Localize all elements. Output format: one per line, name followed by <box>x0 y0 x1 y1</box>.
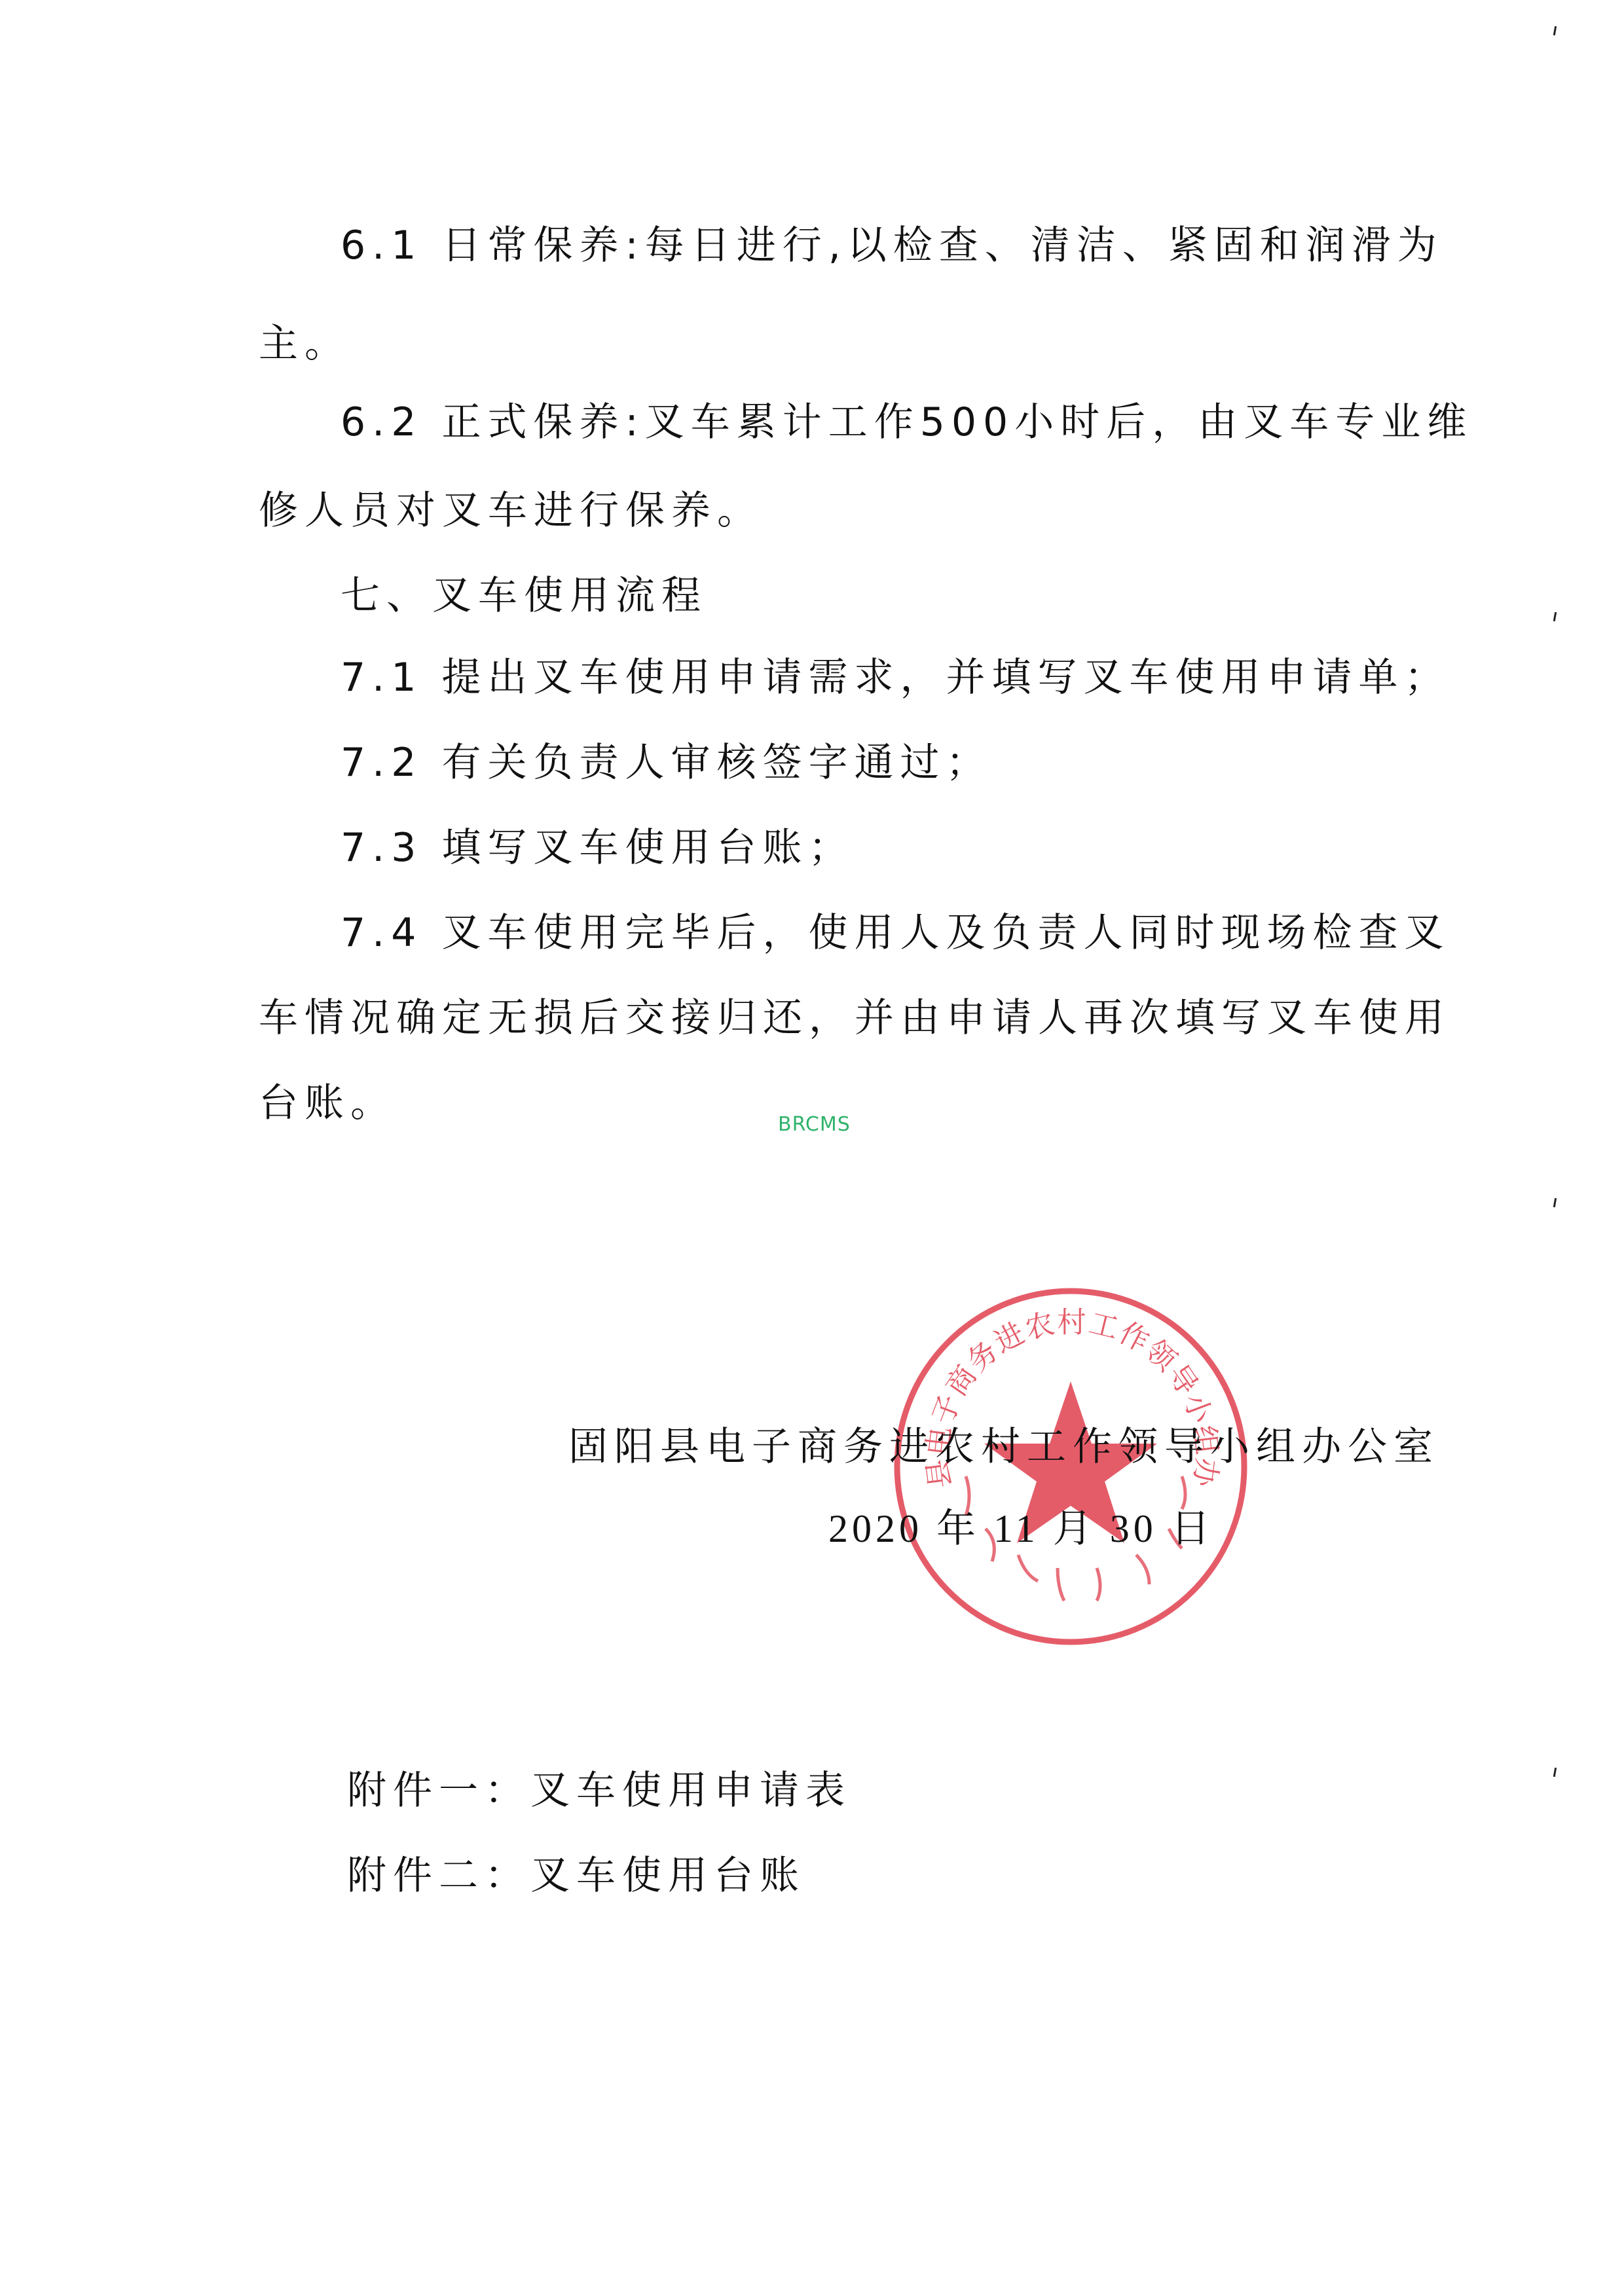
section-7-4-line-3: 台账。 <box>259 1077 396 1129</box>
section-6-1-line-2: 主。 <box>259 318 350 370</box>
scan-mark <box>1553 612 1557 621</box>
section-7-4-line-2: 车情况确定无损后交接归还，并由申请人再次填写叉车使用 <box>259 992 1450 1044</box>
section-6-1-line-1: 6.1 日常保养:每日进行,以检查、清洁、紧固和润滑为 <box>341 219 1443 272</box>
section-7-4-line-1: 7.4 叉车使用完毕后，使用人及负责人同时现场检查叉 <box>341 907 1450 959</box>
scan-mark <box>1553 26 1557 35</box>
section-7-2: 7.2 有关负责人审核签字通过； <box>341 737 992 789</box>
attachment-2: 附件二：叉车使用台账 <box>347 1850 805 1902</box>
attachment-1: 附件一：叉车使用申请表 <box>347 1764 851 1817</box>
section-6-2-line-2: 修人员对叉车进行保养。 <box>259 484 763 537</box>
scan-mark <box>1553 1198 1557 1207</box>
section-7-1: 7.1 提出叉车使用申请需求，并填写叉车使用申请单； <box>341 651 1450 704</box>
issue-date: 2020 年 11 月 30 日 <box>828 1503 1214 1555</box>
section-6-2-line-1: 6.2 正式保养:叉车累计工作500小时后，由叉车专业维 <box>341 396 1473 448</box>
watermark: BRCMS <box>778 1113 851 1136</box>
issuing-organization: 固阳县电子商务进农村工作领导小组办公室 <box>568 1421 1439 1473</box>
scan-mark <box>1553 1768 1557 1777</box>
section-7-heading: 七、叉车使用流程 <box>341 570 707 622</box>
section-7-3: 7.3 填写叉车使用台账； <box>341 822 855 874</box>
